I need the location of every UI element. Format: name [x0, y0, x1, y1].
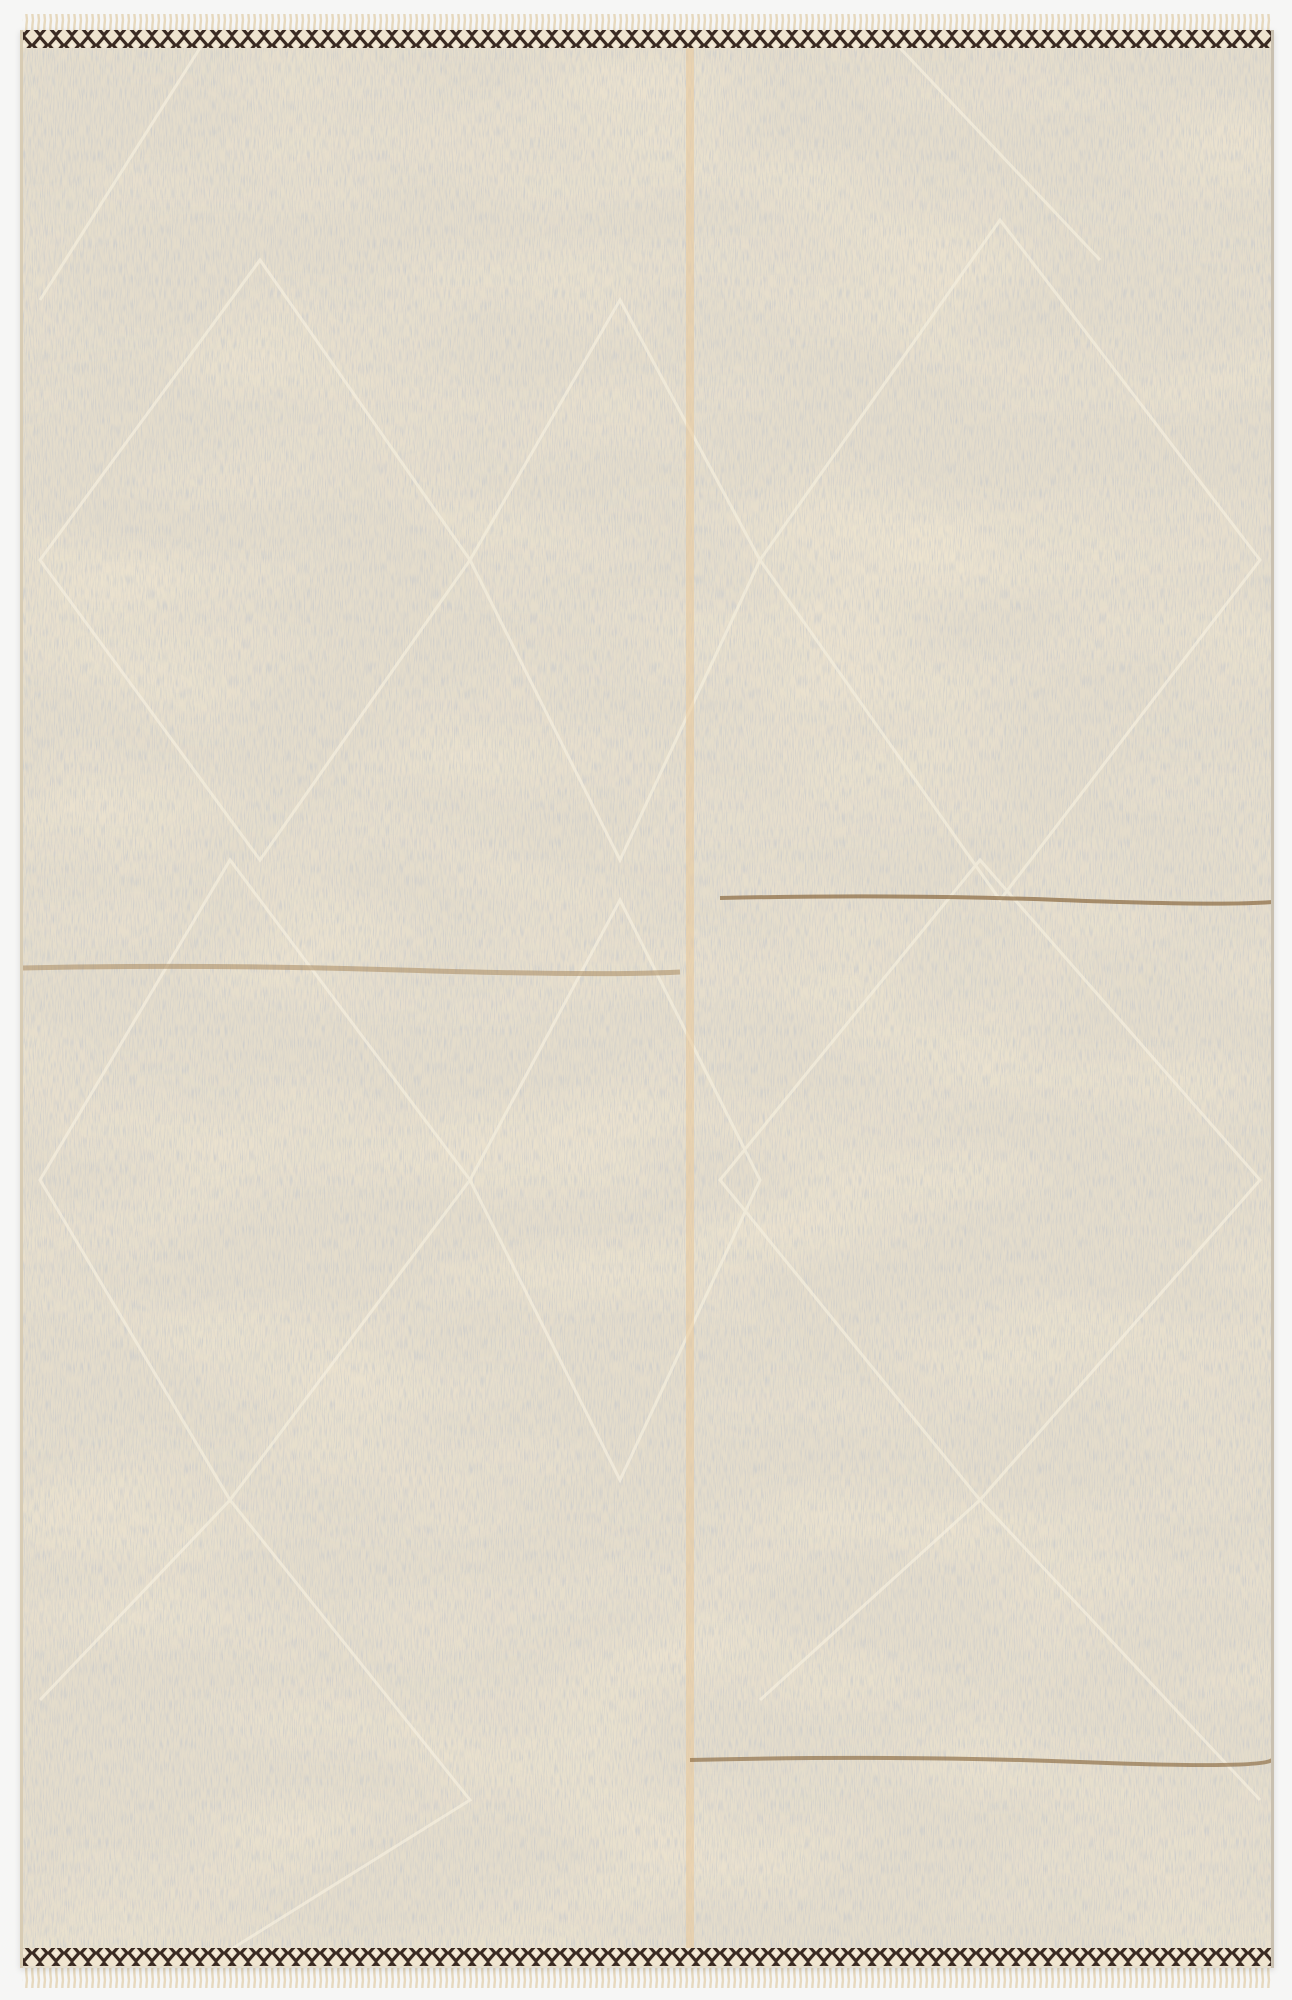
rug-illustration [0, 0, 1292, 2000]
vertical-seam [686, 48, 694, 1948]
rug-photo [0, 0, 1292, 2000]
right-edge [1271, 30, 1274, 1968]
bottom-border-band [22, 1948, 1272, 1966]
left-edge [20, 30, 23, 1968]
top-border-band [22, 30, 1272, 48]
top-fringe [22, 14, 1272, 32]
bottom-fringe [22, 1966, 1272, 1988]
